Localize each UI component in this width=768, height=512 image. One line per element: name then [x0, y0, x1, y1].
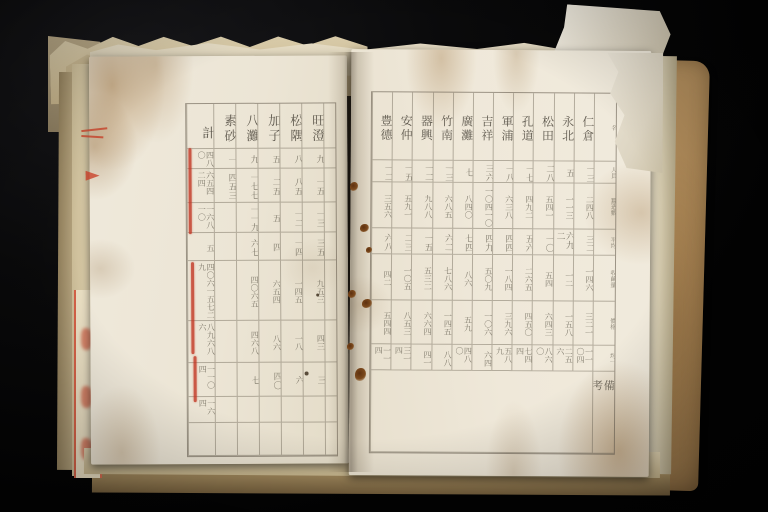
cell: 九	[235, 149, 257, 169]
cell: 一八	[493, 161, 513, 183]
cell: 一七七	[236, 169, 258, 203]
cell: 三九六	[492, 301, 512, 345]
cell	[214, 233, 236, 261]
stub-cell: 收繭量	[593, 256, 615, 302]
cell: 一四六	[573, 255, 593, 301]
cell: 五六	[512, 229, 532, 255]
cell: 七	[237, 363, 259, 397]
red-edge-triangle-mark	[86, 171, 100, 181]
cell: 四九	[472, 229, 492, 255]
cell: 六	[281, 363, 303, 397]
cell: 七	[452, 161, 472, 183]
header-cell: 仁倉	[573, 93, 594, 161]
left-ledger-table: 旺澄 松隅 加子 八灘 素砂 計 九 八 五 九 一 四八〇 一五 八五 二五 …	[185, 102, 338, 457]
cell: 一四	[280, 233, 302, 261]
cell: 三二	[573, 229, 593, 255]
cell: 五四	[532, 255, 552, 301]
ink-speck	[305, 372, 309, 376]
header-cell: 松隅	[279, 104, 301, 149]
header-cell: 竹南	[432, 93, 453, 161]
stub-cell: 價格	[592, 302, 614, 346]
header-cell: 軍浦	[493, 93, 514, 161]
cell: 五三二	[411, 254, 431, 300]
remarks-empty-band	[370, 370, 592, 453]
cell: 五	[258, 203, 280, 233]
cell: 一四五	[280, 261, 302, 321]
cell: 一〇	[533, 229, 553, 255]
cell: 一二	[372, 160, 392, 182]
cell: 六九二	[553, 229, 573, 255]
cell: 四	[258, 233, 280, 261]
cell: 二五六	[552, 345, 572, 371]
cell: 八五	[280, 169, 302, 203]
header-cell: 八灘	[235, 104, 257, 149]
header-cell: 松田	[533, 93, 554, 161]
cell: 一一〇四	[572, 345, 592, 371]
cell	[215, 363, 237, 397]
cell	[303, 396, 325, 422]
cell: 八八	[431, 345, 451, 371]
cell: 一	[213, 149, 235, 169]
cell: 一八四	[492, 255, 512, 301]
header-cell: 器興	[412, 92, 433, 160]
cell: 一二	[552, 255, 572, 301]
cell: 六五四	[258, 261, 280, 321]
cell: 四一	[411, 344, 431, 370]
cell: 一五	[411, 228, 431, 254]
cell: 一五	[392, 160, 412, 182]
cell: 六八五	[432, 183, 452, 229]
cell	[215, 423, 237, 456]
cell: 一三	[432, 161, 452, 183]
cell: 六三八	[492, 183, 512, 229]
header-cell: 吉祥	[473, 93, 494, 161]
cell: 四五三	[214, 169, 236, 203]
cell: 一四五	[431, 301, 451, 345]
cell: 五九	[451, 301, 471, 345]
book-gutter-shadow	[328, 52, 374, 472]
cell: 五〇九	[472, 255, 492, 301]
cell: 九五三	[302, 260, 324, 320]
cell: 一二	[280, 203, 302, 233]
header-cell: 加子	[257, 104, 279, 149]
photo-of-open-ledger-book: 旺澄 松隅 加子 八灘 素砂 計 九 八 五 九 一 四八〇 一五 八五 二五 …	[0, 0, 768, 512]
stub-cell: 均一	[592, 346, 614, 372]
cell	[215, 397, 237, 423]
header-cell: 豊德	[372, 92, 393, 160]
cell: 一〇五	[391, 254, 411, 300]
cell: 五八九	[491, 345, 511, 371]
cell: 二八	[533, 161, 553, 183]
cell: 一三	[573, 161, 593, 183]
header-cell: 孔道	[513, 93, 534, 161]
cell: 八五三	[391, 300, 411, 344]
cell	[214, 261, 236, 321]
cell: 六六四	[411, 300, 431, 344]
right-page: 名 仁倉 永北 松田 孔道 軍浦 吉祥 廣灘 竹南 器興 安仲 豊德 人員 一三…	[349, 49, 652, 477]
remarks-label-cell: 備考	[592, 372, 615, 454]
cell: 四九二	[512, 183, 532, 229]
cell: 七八六	[431, 255, 451, 301]
cell: 八六	[452, 255, 472, 301]
cell: 六四	[471, 345, 491, 371]
cell: 八六〇	[532, 345, 552, 371]
cell	[237, 397, 259, 423]
header-cell: 廣灘	[452, 93, 473, 161]
cell: 二三	[391, 228, 411, 254]
cell: 六七	[236, 233, 258, 261]
cell: 一六四	[188, 397, 215, 423]
cell: 二四八	[573, 183, 593, 229]
cell: 一〇六	[471, 301, 491, 345]
cell: 四六八	[236, 321, 258, 363]
cell	[188, 423, 215, 456]
cell: 九	[301, 148, 323, 168]
cell: 五九一	[391, 182, 411, 228]
cell	[281, 423, 303, 456]
stub-header-cell: 名	[594, 94, 616, 162]
cell	[259, 397, 281, 423]
ink-speck	[316, 293, 319, 296]
cell: 五	[553, 161, 573, 183]
red-correction-stroke	[191, 262, 194, 354]
cell	[281, 397, 303, 423]
cell: 一一三	[553, 183, 573, 229]
cell: 四〇	[259, 363, 281, 397]
cell: 四四	[492, 229, 512, 255]
cell: 五	[187, 233, 214, 261]
cell: 七四	[452, 229, 472, 255]
cell: 八六	[258, 321, 280, 363]
cell: 二六五	[512, 255, 532, 301]
header-cell: 安仲	[392, 92, 413, 160]
header-cell: 永北	[553, 93, 574, 161]
stub-cell: 蠶造數	[593, 184, 615, 230]
right-ledger-table: 名 仁倉 永北 松田 孔道 軍浦 吉祥 廣灘 竹南 器興 安仲 豊德 人員 一三…	[369, 91, 617, 454]
cell: 一五	[302, 168, 324, 202]
header-cell: 素砂	[213, 104, 235, 149]
cell: 三五	[302, 232, 324, 260]
header-cell-total: 計	[186, 104, 213, 149]
stub-cell: 人員	[593, 162, 615, 184]
cell: 四三	[302, 320, 324, 362]
cell: 九八八	[412, 182, 432, 228]
cell: 二五	[258, 169, 280, 203]
stub-cell: 平均	[593, 230, 615, 256]
cell: 一八	[280, 321, 302, 363]
cell	[237, 423, 259, 456]
cell: 一三	[302, 202, 324, 232]
cell: 三二一	[572, 301, 592, 345]
red-correction-stroke	[188, 148, 191, 234]
cell	[214, 203, 236, 233]
cell: 三五六	[371, 182, 391, 228]
cell: 五	[257, 149, 279, 169]
cell: 一七	[513, 161, 533, 183]
red-correction-stroke	[194, 356, 197, 402]
cell: 四〇六五	[236, 261, 258, 321]
cell: 一〇四一〇	[472, 183, 492, 229]
cell: 六八	[371, 228, 391, 254]
cell: 三	[303, 362, 325, 396]
cell: 一二	[412, 160, 432, 182]
cell: 六四三	[532, 301, 552, 345]
header-cell: 旺澄	[301, 103, 323, 148]
cell: 五四一	[533, 183, 553, 229]
cell: 六二	[432, 229, 452, 255]
cell: 四八〇	[451, 345, 471, 371]
cell: 八	[279, 149, 301, 169]
cell	[303, 422, 325, 455]
cell: 四五〇	[512, 301, 532, 345]
left-page: 旺澄 松隅 加子 八灘 素砂 計 九 八 五 九 一 四八〇 一五 八五 二五 …	[89, 55, 349, 464]
cell	[214, 321, 236, 363]
cell: 一一九	[236, 203, 258, 233]
cell: 七四四	[512, 345, 532, 371]
cell	[259, 423, 281, 456]
cell: 八四〇	[452, 183, 472, 229]
cell: 三一四	[391, 344, 411, 370]
cell: 一五八	[552, 301, 572, 345]
cell: 三六	[472, 161, 492, 183]
cell: 一一〇四	[188, 363, 215, 397]
